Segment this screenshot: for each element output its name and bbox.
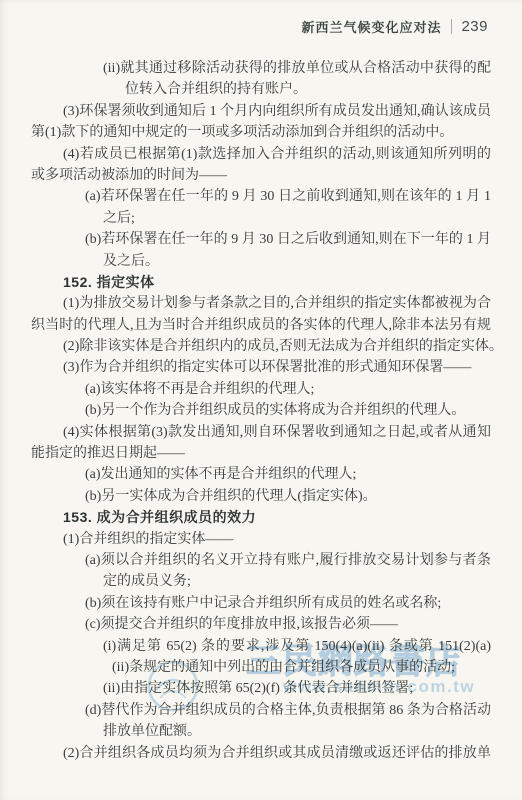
- text-line: (4)实体根据第(3)款发出通知,则自环保署收到通知之日起,或者从通知中可: [63, 422, 491, 443]
- text-line: 定的成员义务;: [103, 571, 491, 592]
- text-line: (c)须提交合并组织的年度排放申报,该报告必须——: [85, 614, 491, 635]
- text-line: (b)须在该持有账户中记录合并组织所有成员的姓名或名称;: [85, 593, 491, 614]
- text-line: 位转入合并组织的持有账户。: [125, 79, 491, 100]
- section-heading: 152. 指定实体: [63, 272, 491, 293]
- document-page: 三民網路書店 www.sanmin.com.tw 新西兰气候变化应对法 239 …: [0, 0, 522, 800]
- text-line: 能指定的推迟日期起——: [31, 443, 491, 464]
- text-line: 第(1)款下的通知中规定的一项或多项活动添加到合并组织的活动中。: [31, 122, 491, 143]
- text-line: 织当时的代理人,且为当时合并组织成员的各实体的代理人,除非本法另有规定。: [31, 315, 491, 336]
- text-line: (1)合并组织的指定实体——: [63, 529, 491, 550]
- text-line: (4)若成员已根据第(1)款选择加入合并组织的活动,则该通知所列明的一项: [63, 144, 491, 165]
- text-line: (ii)就其通过移除活动获得的排放单位或从合格活动中获得的配额单: [103, 58, 491, 79]
- text-line: (a)该实体将不再是合并组织的代理人;: [85, 379, 491, 400]
- text-line: 之后;: [103, 208, 491, 229]
- text-line: (2)合并组织各成员均须为合并组织或其成员清缴或返还评估的排放单位数量: [63, 743, 491, 764]
- text-line: (b)另一实体成为合并组织的代理人(指定实体)。: [85, 486, 491, 507]
- text-line: (1)为排放交易计划参与者条款之目的,合并组织的指定实体都被视为合并组: [63, 293, 491, 314]
- text-line: (d)替代作为合并组织成员的合格主体,负责根据第 86 条为合格活动申请: [85, 700, 491, 721]
- body-text: (ii)就其通过移除活动获得的排放单位或从合格活动中获得的配额单位转入合并组织的…: [31, 58, 491, 764]
- text-line: 及之后。: [103, 251, 491, 272]
- text-line: (3)作为合并组织的指定实体可以环保署批准的形式通知环保署——: [63, 357, 491, 378]
- text-line: (ii)条规定的通知中列出的由合并组织各成员从事的活动;: [112, 657, 491, 678]
- page-header: 新西兰气候变化应对法 239: [301, 17, 488, 36]
- header-separator: [451, 19, 452, 34]
- text-line: (a)须以合并组织的名义开立持有账户,履行排放交易计划参与者条款规: [85, 550, 491, 571]
- section-heading: 153. 成为合并组织成员的效力: [63, 507, 491, 528]
- text-line: (ii)由指定实体按照第 65(2)(f) 条代表合并组织签署;: [103, 678, 491, 699]
- text-line: (a)发出通知的实体不再是合并组织的代理人;: [85, 464, 491, 485]
- text-line: (2)除非该实体是合并组织内的成员,否则无法成为合并组织的指定实体。: [63, 336, 491, 357]
- text-line: (3)环保署须收到通知后 1 个月内向组织所有成员发出通知,确认该成员已将: [63, 101, 491, 122]
- book-title: 新西兰气候变化应对法: [301, 17, 441, 36]
- text-line: (b)另一个作为合并组织成员的实体将成为合并组织的代理人。: [85, 400, 491, 421]
- page-number: 239: [461, 18, 488, 35]
- text-line: (b)若环保署在任一年的 9 月 30 日之后收到通知,则在下一年的 1 月 1…: [85, 229, 491, 250]
- text-line: (i)满足第 65(2) 条的要求,涉及第 150(4)(a)(ii) 条或第 …: [103, 636, 491, 657]
- text-line: 排放单位配额。: [103, 721, 491, 742]
- text-line: 或多项活动被添加的时间为——: [31, 165, 491, 186]
- text-line: (a)若环保署在任一年的 9 月 30 日之前收到通知,则在该年的 1 月 1 …: [85, 186, 491, 207]
